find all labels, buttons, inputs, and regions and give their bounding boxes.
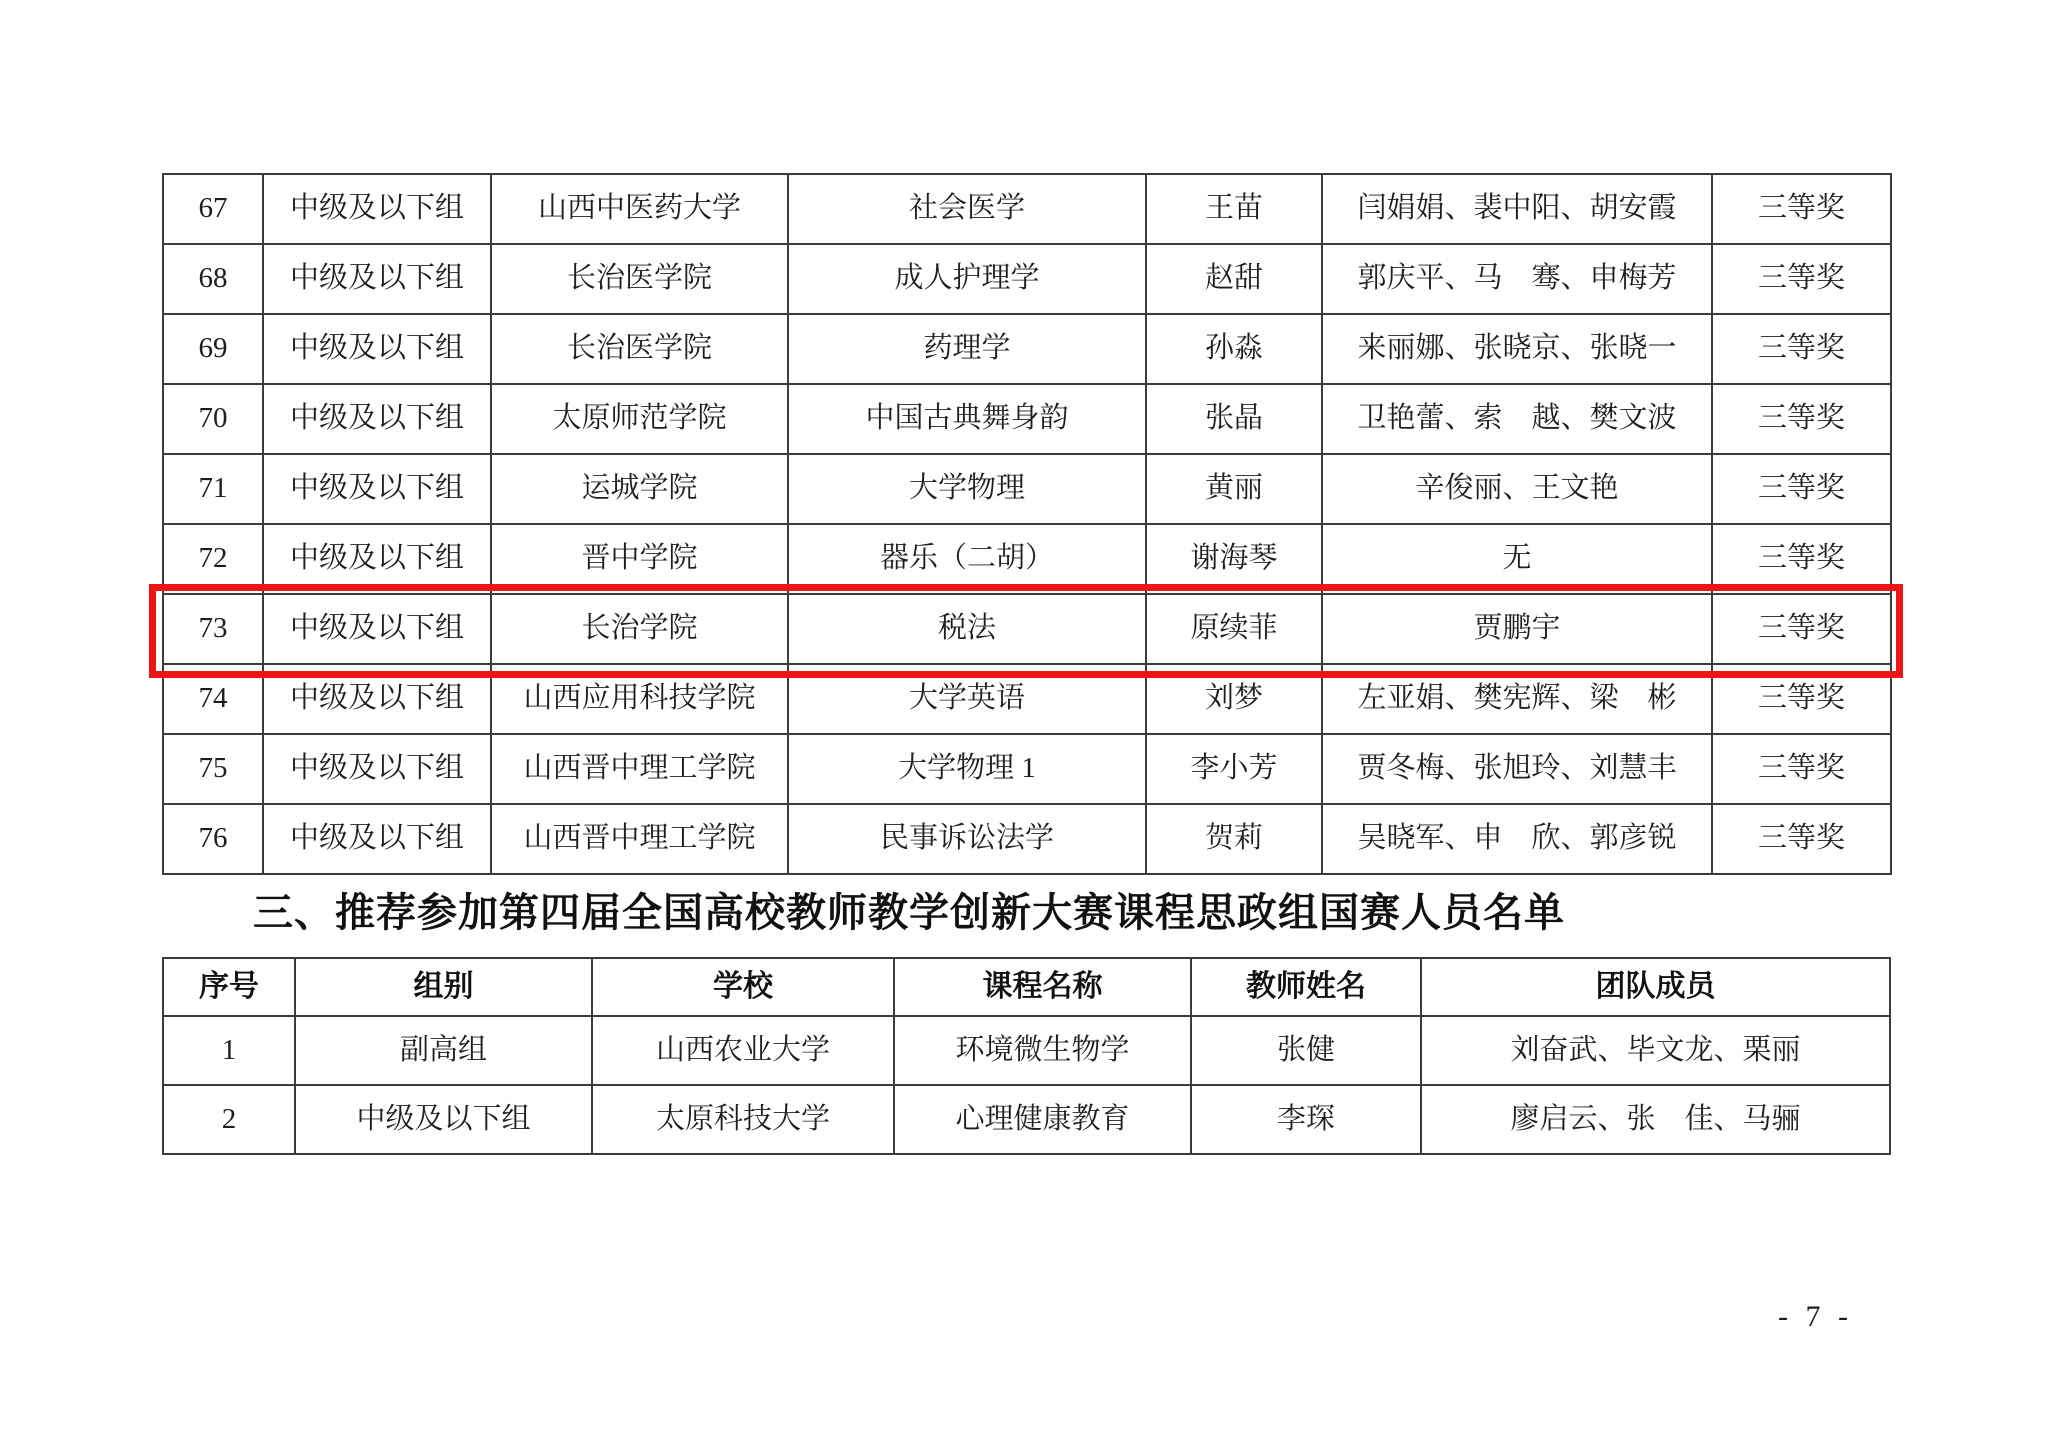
cell-school: 山西农业大学 xyxy=(592,1016,894,1085)
cell-award: 三等奖 xyxy=(1712,244,1891,314)
table-row: 1副高组山西农业大学环境微生物学张健刘奋武、毕文龙、栗丽 xyxy=(163,1016,1890,1085)
cell-no: 74 xyxy=(163,664,263,734)
cell-award: 三等奖 xyxy=(1712,454,1891,524)
cell-no: 2 xyxy=(163,1085,295,1154)
cell-teacher: 张晶 xyxy=(1146,384,1322,454)
table-row: 67中级及以下组山西中医药大学社会医学王苗闫娟娟、裴中阳、胡安霞三等奖 xyxy=(163,174,1891,244)
cell-course: 器乐（二胡） xyxy=(788,524,1146,594)
cell-award: 三等奖 xyxy=(1712,804,1891,874)
cell-award: 三等奖 xyxy=(1712,384,1891,454)
cell-school: 晋中学院 xyxy=(491,524,788,594)
cell-school: 长治医学院 xyxy=(491,244,788,314)
cell-team: 贾冬梅、张旭玲、刘慧丰 xyxy=(1322,734,1712,804)
column-header: 学校 xyxy=(592,958,894,1016)
cell-team: 贾鹏宇 xyxy=(1322,594,1712,664)
section-heading: 三、推荐参加第四届全国高校教师教学创新大赛课程思政组国赛人员名单 xyxy=(253,891,1565,935)
cell-team: 刘奋武、毕文龙、栗丽 xyxy=(1421,1016,1890,1085)
cell-school: 山西中医药大学 xyxy=(491,174,788,244)
column-header: 组别 xyxy=(295,958,592,1016)
cell-group: 中级及以下组 xyxy=(263,804,491,874)
cell-teacher: 谢海琴 xyxy=(1146,524,1322,594)
cell-school: 山西应用科技学院 xyxy=(491,664,788,734)
cell-no: 76 xyxy=(163,804,263,874)
cell-course: 大学物理 xyxy=(788,454,1146,524)
cell-teacher: 贺莉 xyxy=(1146,804,1322,874)
cell-group: 中级及以下组 xyxy=(263,244,491,314)
table-row: 69中级及以下组长治医学院药理学孙淼来丽娜、张晓京、张晓一三等奖 xyxy=(163,314,1891,384)
cell-group: 中级及以下组 xyxy=(263,524,491,594)
table-row: 68中级及以下组长治医学院成人护理学赵甜郭庆平、马 骞、申梅芳三等奖 xyxy=(163,244,1891,314)
page-number: - 7 - xyxy=(1778,1300,1853,1334)
column-header: 团队成员 xyxy=(1421,958,1890,1016)
cell-team: 来丽娜、张晓京、张晓一 xyxy=(1322,314,1712,384)
cell-school: 太原师范学院 xyxy=(491,384,788,454)
cell-group: 中级及以下组 xyxy=(263,384,491,454)
cell-teacher: 王苗 xyxy=(1146,174,1322,244)
table-row: 74中级及以下组山西应用科技学院大学英语刘梦左亚娟、樊宪辉、梁 彬三等奖 xyxy=(163,664,1891,734)
cell-award: 三等奖 xyxy=(1712,524,1891,594)
cell-group: 中级及以下组 xyxy=(295,1085,592,1154)
cell-course: 社会医学 xyxy=(788,174,1146,244)
cell-school: 山西晋中理工学院 xyxy=(491,734,788,804)
cell-course: 药理学 xyxy=(788,314,1146,384)
cell-team: 左亚娟、樊宪辉、梁 彬 xyxy=(1322,664,1712,734)
cell-award: 三等奖 xyxy=(1712,174,1891,244)
column-header: 序号 xyxy=(163,958,295,1016)
cell-team: 辛俊丽、王文艳 xyxy=(1322,454,1712,524)
cell-group: 副高组 xyxy=(295,1016,592,1085)
cell-no: 68 xyxy=(163,244,263,314)
cell-group: 中级及以下组 xyxy=(263,594,491,664)
cell-course: 大学物理 1 xyxy=(788,734,1146,804)
cell-teacher: 原续菲 xyxy=(1146,594,1322,664)
table-row: 71中级及以下组运城学院大学物理黄丽辛俊丽、王文艳三等奖 xyxy=(163,454,1891,524)
cell-team: 吴晓军、申 欣、郭彦锐 xyxy=(1322,804,1712,874)
cell-no: 73 xyxy=(163,594,263,664)
table-row: 2中级及以下组太原科技大学心理健康教育李琛廖启云、张 佳、马骊 xyxy=(163,1085,1890,1154)
cell-group: 中级及以下组 xyxy=(263,734,491,804)
cell-award: 三等奖 xyxy=(1712,664,1891,734)
cell-teacher: 赵甜 xyxy=(1146,244,1322,314)
cell-no: 75 xyxy=(163,734,263,804)
cell-school: 太原科技大学 xyxy=(592,1085,894,1154)
table-header-row: 序号组别学校课程名称教师姓名团队成员 xyxy=(163,958,1890,1016)
column-header: 教师姓名 xyxy=(1191,958,1421,1016)
cell-course: 成人护理学 xyxy=(788,244,1146,314)
cell-award: 三等奖 xyxy=(1712,314,1891,384)
table-row: 72中级及以下组晋中学院器乐（二胡）谢海琴无三等奖 xyxy=(163,524,1891,594)
cell-teacher: 孙淼 xyxy=(1146,314,1322,384)
cell-course: 税法 xyxy=(788,594,1146,664)
table-row: 73中级及以下组长治学院税法原续菲贾鹏宇三等奖 xyxy=(163,594,1891,664)
cell-team: 闫娟娟、裴中阳、胡安霞 xyxy=(1322,174,1712,244)
cell-course: 民事诉讼法学 xyxy=(788,804,1146,874)
cell-teacher: 黄丽 xyxy=(1146,454,1322,524)
cell-group: 中级及以下组 xyxy=(263,664,491,734)
table-row: 75中级及以下组山西晋中理工学院大学物理 1李小芳贾冬梅、张旭玲、刘慧丰三等奖 xyxy=(163,734,1891,804)
cell-course: 环境微生物学 xyxy=(894,1016,1191,1085)
awards-table: 67中级及以下组山西中医药大学社会医学王苗闫娟娟、裴中阳、胡安霞三等奖68中级及… xyxy=(162,173,1892,875)
cell-no: 1 xyxy=(163,1016,295,1085)
cell-group: 中级及以下组 xyxy=(263,174,491,244)
cell-teacher: 张健 xyxy=(1191,1016,1421,1085)
national-recommend-table: 序号组别学校课程名称教师姓名团队成员 1副高组山西农业大学环境微生物学张健刘奋武… xyxy=(162,957,1891,1155)
cell-group: 中级及以下组 xyxy=(263,454,491,524)
cell-no: 67 xyxy=(163,174,263,244)
cell-no: 69 xyxy=(163,314,263,384)
cell-no: 72 xyxy=(163,524,263,594)
cell-team: 无 xyxy=(1322,524,1712,594)
cell-team: 郭庆平、马 骞、申梅芳 xyxy=(1322,244,1712,314)
cell-team: 卫艳蕾、索 越、樊文波 xyxy=(1322,384,1712,454)
cell-award: 三等奖 xyxy=(1712,594,1891,664)
cell-teacher: 李小芳 xyxy=(1146,734,1322,804)
cell-team: 廖启云、张 佳、马骊 xyxy=(1421,1085,1890,1154)
column-header: 课程名称 xyxy=(894,958,1191,1016)
cell-school: 山西晋中理工学院 xyxy=(491,804,788,874)
cell-group: 中级及以下组 xyxy=(263,314,491,384)
cell-school: 长治学院 xyxy=(491,594,788,664)
table-row: 70中级及以下组太原师范学院中国古典舞身韵张晶卫艳蕾、索 越、樊文波三等奖 xyxy=(163,384,1891,454)
cell-school: 长治医学院 xyxy=(491,314,788,384)
cell-award: 三等奖 xyxy=(1712,734,1891,804)
cell-course: 心理健康教育 xyxy=(894,1085,1191,1154)
cell-course: 中国古典舞身韵 xyxy=(788,384,1146,454)
cell-no: 71 xyxy=(163,454,263,524)
cell-course: 大学英语 xyxy=(788,664,1146,734)
cell-no: 70 xyxy=(163,384,263,454)
cell-school: 运城学院 xyxy=(491,454,788,524)
cell-teacher: 李琛 xyxy=(1191,1085,1421,1154)
table-row: 76中级及以下组山西晋中理工学院民事诉讼法学贺莉吴晓军、申 欣、郭彦锐三等奖 xyxy=(163,804,1891,874)
cell-teacher: 刘梦 xyxy=(1146,664,1322,734)
